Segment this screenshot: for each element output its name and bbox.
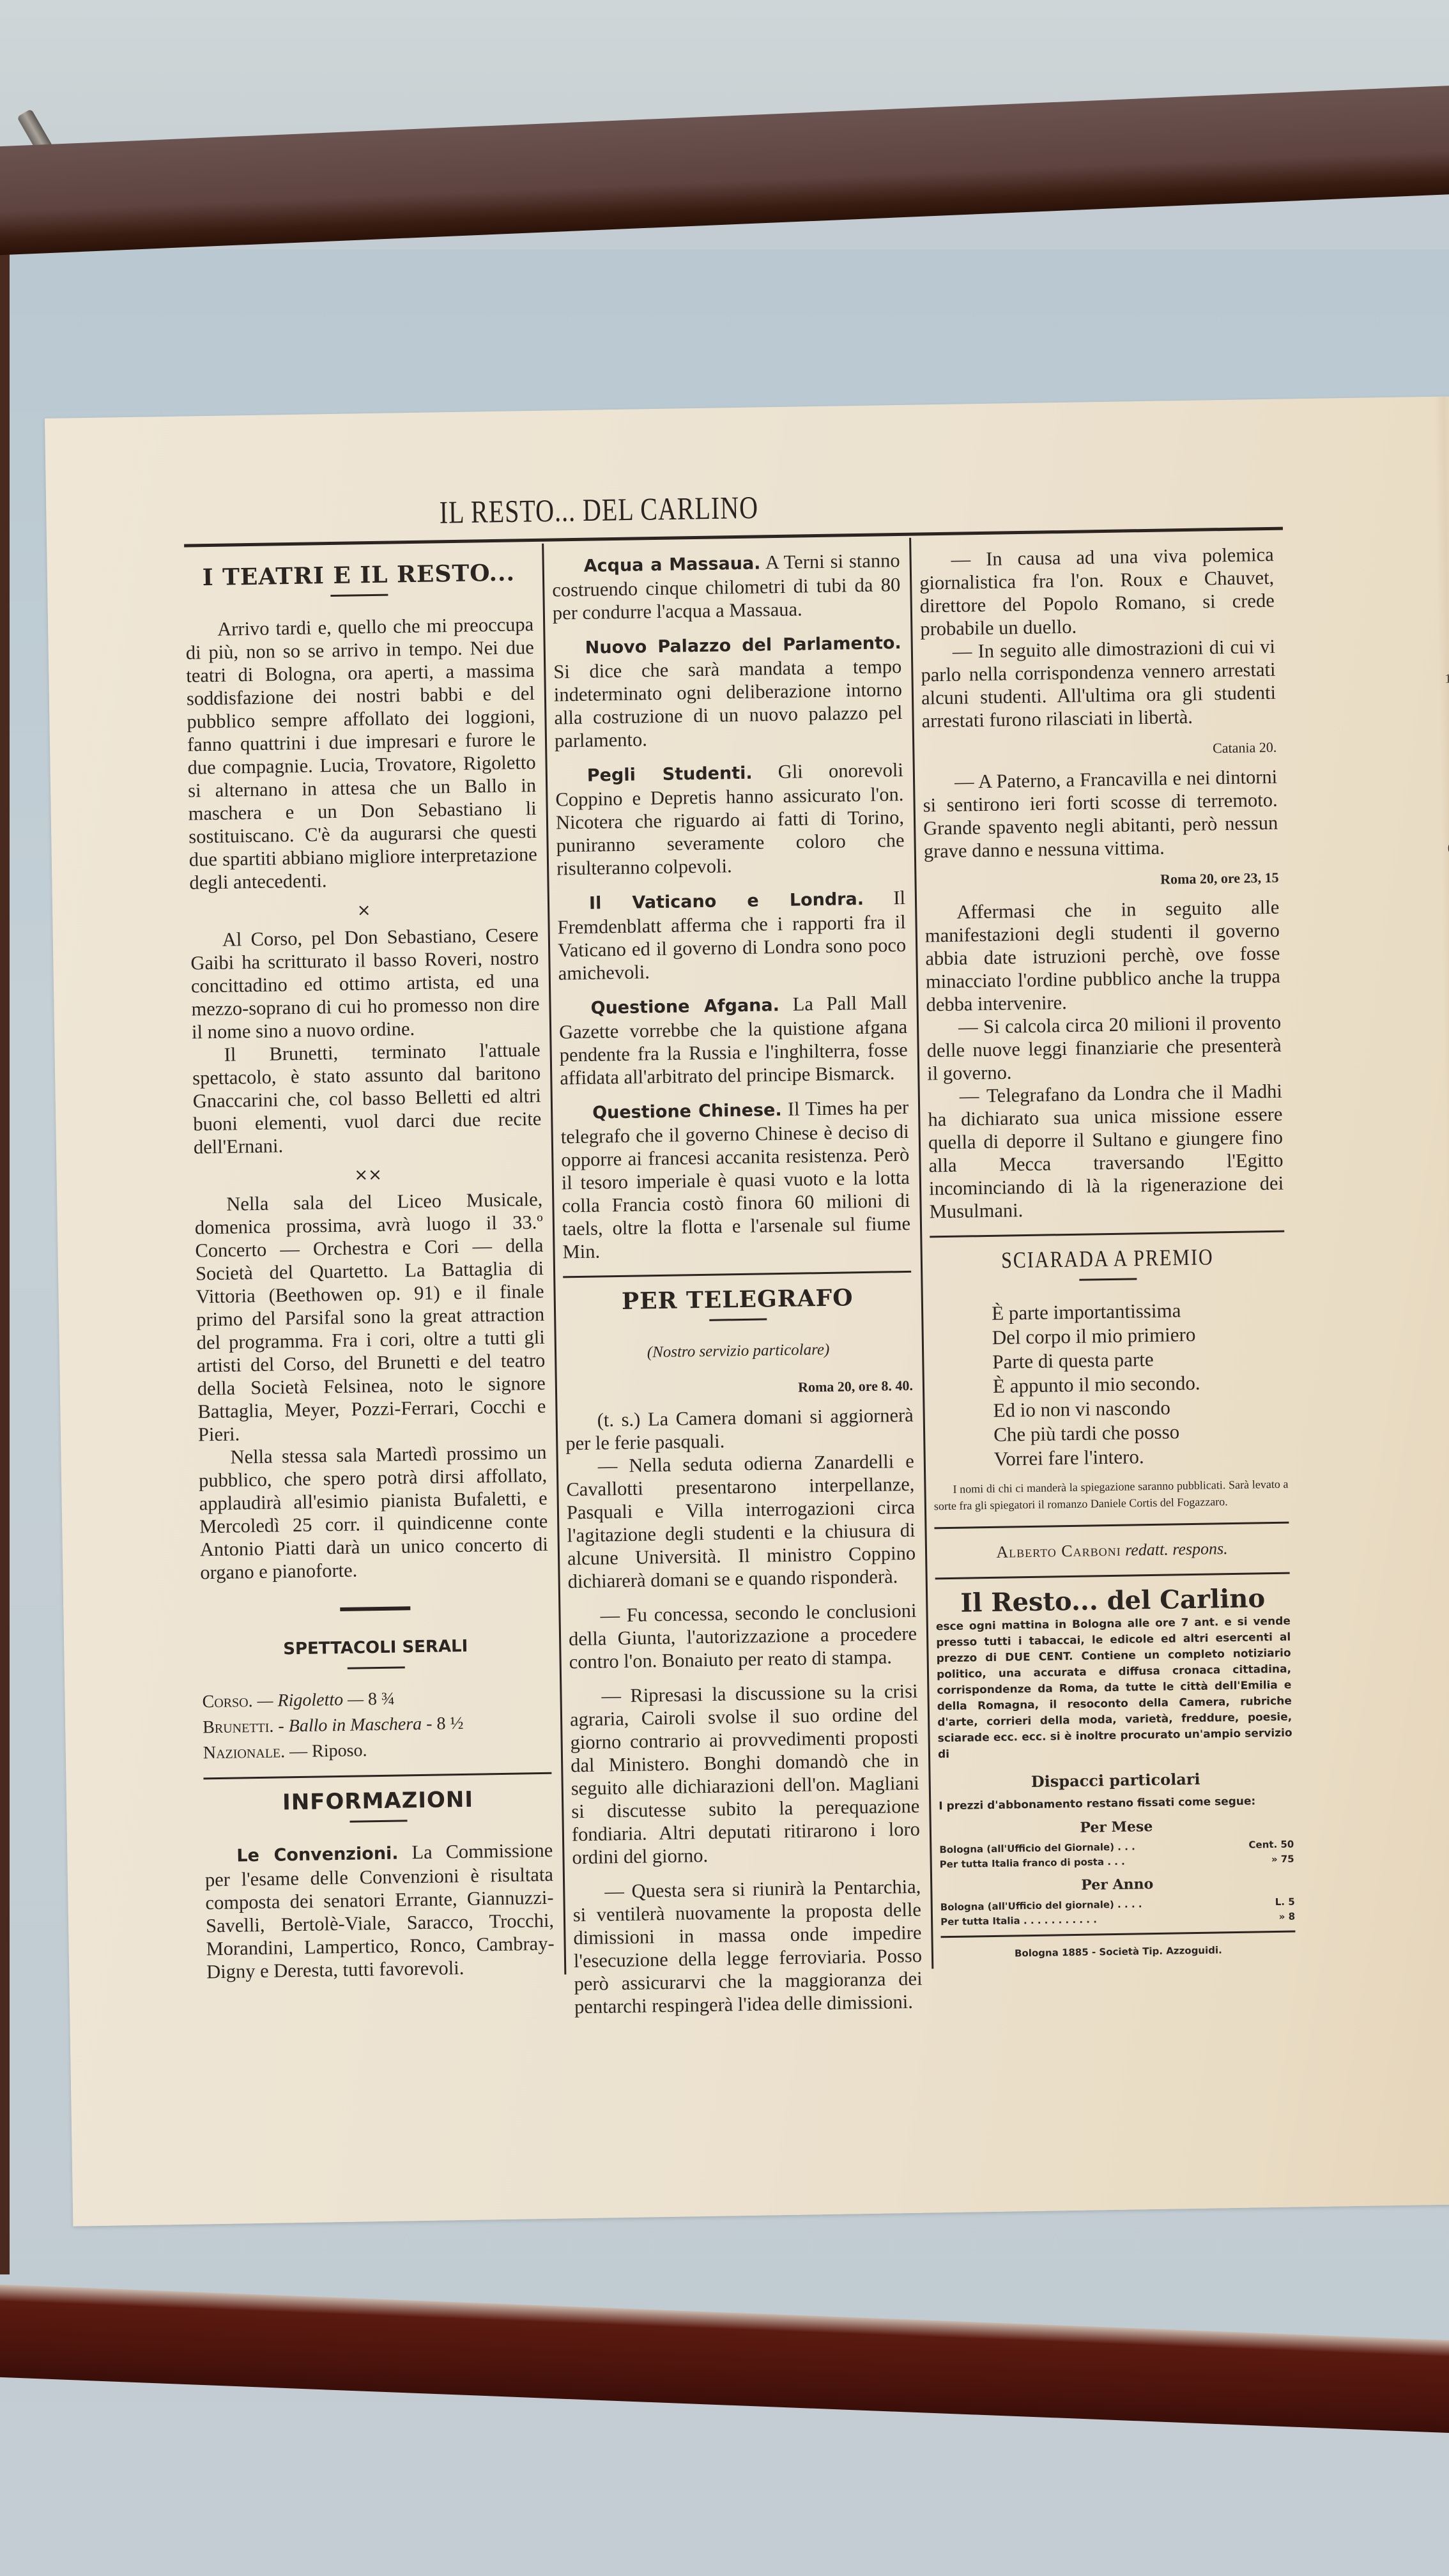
heading-per-telegrafo: PER TELEGRAFO xyxy=(563,1285,912,1314)
article-paragraph: — In seguito alle dimostrazioni di cui v… xyxy=(921,635,1276,733)
dateline: Catania 20. xyxy=(922,736,1276,765)
divider xyxy=(349,1820,407,1822)
heading-sciarada: SCIARADA A PREMIO xyxy=(930,1243,1285,1276)
price-group-label: Per Anno xyxy=(940,1871,1294,1899)
article-paragraph: — Ripresasi la discussione su la crisi a… xyxy=(569,1680,920,1869)
article-paragraph: Al Corso, pel Don Sebastiano, Cesere Gai… xyxy=(190,923,540,1044)
divider xyxy=(563,1271,911,1278)
article-paragraph: Affermasi che in seguito alle manifestaz… xyxy=(924,896,1281,1016)
heading-spettacoli: SPETTACOLI SERALI xyxy=(201,1634,549,1662)
listing-row: Nazionale. — Riposo. xyxy=(203,1736,551,1765)
divider xyxy=(709,1318,767,1321)
divider xyxy=(340,1606,410,1611)
divider xyxy=(934,1522,1289,1529)
sciarada-poem: È parte importantissima Del corpo il mio… xyxy=(992,1297,1288,1471)
ad-subtitle: Dispacci particolari xyxy=(938,1767,1292,1795)
article-paragraph: Nella sala del Liceo Musicale, domenica … xyxy=(194,1188,546,1446)
divider xyxy=(203,1772,551,1780)
section-separator: ×× xyxy=(194,1161,542,1190)
divider xyxy=(935,1572,1290,1580)
section-separator: × xyxy=(190,896,538,925)
article-paragraph: Il Brunetti, terminato l'attuale spettac… xyxy=(192,1038,542,1159)
dateline: Roma 20, ore 8. 40. xyxy=(565,1374,913,1403)
editor-credit: Alberto Carboni redatt. respons. xyxy=(935,1537,1289,1565)
divider xyxy=(940,1931,1295,1938)
news-item: Questione Afgana. La Pall Mall Gazette v… xyxy=(558,991,908,1090)
divider xyxy=(1079,1278,1137,1280)
article-paragraph: — Nella seduta odierna Zanardelli e Cava… xyxy=(566,1450,916,1593)
article-paragraph: — Fu concessa, secondo le conclusioni de… xyxy=(568,1599,917,1674)
imprint: Bologna 1885 - Società Tip. Azzoguidi. xyxy=(941,1938,1296,1966)
paper-fold-crease xyxy=(1434,396,1449,2204)
news-item: Questione Chinese. Il Times ha per teleg… xyxy=(560,1096,911,1264)
column-3: — In causa ad una viva polemica giornali… xyxy=(919,543,1296,1966)
article-paragraph: Arrivo tardi e, quello che mi preoccupa … xyxy=(185,613,538,894)
frame-left-edge xyxy=(0,230,10,2274)
divider xyxy=(330,594,388,597)
news-item: Pegli Studenti. Gli onorevoli Coppino e … xyxy=(555,758,905,880)
news-item: Il Vaticano e Londra. Il Fremdenblatt af… xyxy=(557,886,907,985)
article-paragraph: Nella stessa sala Martedì prossimo un pu… xyxy=(198,1441,548,1584)
article-paragraph: — Telegrafano da Londra che il Madhi ha … xyxy=(928,1080,1284,1223)
ad-title: Il Resto... del Carlino xyxy=(935,1587,1290,1616)
column-1: I TEATRI E IL RESTO... Arrivo tardi e, q… xyxy=(185,555,555,1983)
masthead: IL RESTO... DEL CARLINO xyxy=(46,482,1152,537)
headline-teatri: I TEATRI E IL RESTO... xyxy=(185,561,533,590)
article-paragraph: Le Convenzioni. La Commissione per l'esa… xyxy=(204,1839,555,1984)
prices-intro: I prezzi d'abbonamento restano fissati c… xyxy=(939,1793,1293,1815)
article-paragraph: — Si calcola circa 20 milioni il provent… xyxy=(926,1011,1282,1085)
price-group-label: Per Mese xyxy=(939,1813,1294,1842)
dateline: Roma 20, ore 23, 15 xyxy=(924,866,1278,895)
telegrafo-subtitle: (Nostro servizio particolare) xyxy=(564,1337,912,1366)
listing-row: Corso. — Rigoletto — 8 ¾ xyxy=(202,1685,550,1714)
listing-row: Brunetti. - Ballo in Maschera - 8 ½ xyxy=(203,1711,551,1740)
article-paragraph: — Questa sera si riunirà la Pentarchia, … xyxy=(572,1875,923,2019)
news-item: Acqua a Massaua. A Terni si stanno costr… xyxy=(551,549,901,625)
article-paragraph: (t. s.) La Camera domani si aggiornerà p… xyxy=(565,1404,914,1455)
divider xyxy=(930,1230,1284,1238)
heading-informazioni: INFORMAZIONI xyxy=(204,1787,552,1816)
ad-body: esce ogni mattina in Bologna alle ore 7 … xyxy=(936,1614,1292,1763)
column-2: Acqua a Massaua. A Terni si stanno costr… xyxy=(551,549,923,2018)
divider xyxy=(347,1666,404,1669)
sciarada-note: I nomi di chi ci manderà la spiegazione … xyxy=(933,1476,1289,1515)
article-paragraph: — In causa ad una viva polemica giornali… xyxy=(919,543,1275,641)
article-paragraph: — A Paterno, a Francavilla e nei dintorn… xyxy=(923,765,1278,863)
newspaper-page: IL RESTO... DEL CARLINO I TEATRI E IL RE… xyxy=(45,396,1449,2227)
wall-background-bottom xyxy=(0,2402,1449,2576)
news-item: Nuovo Palazzo del Parlamento. Si dice ch… xyxy=(553,631,903,753)
